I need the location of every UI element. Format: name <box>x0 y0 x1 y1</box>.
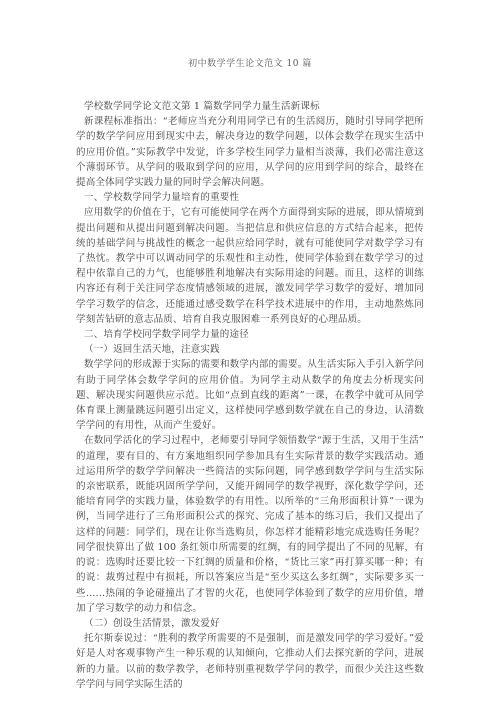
document-page: 初中数学学生论文范文 10 篇 学校数学同学论文范文第 1 篇数学同学力量生活新… <box>0 0 500 707</box>
section-heading: 二、培育学校同学数学同学力量的途径 <box>76 327 424 342</box>
paragraph: 在数同学活化的学习过程中，老师要引导同学领悟数学“源于生活，又用于生活”的道理，… <box>76 433 424 615</box>
section-heading: （二）创设生活情景，激发爱好 <box>76 616 424 631</box>
paragraph: 应用数学的价值在于，它有可能使同学在两个方面得到实际的进展，即从情境到提出问题和… <box>76 205 424 327</box>
section-heading: （一）返回生活天地，注意实践 <box>76 342 424 357</box>
section-heading: 学校数学同学论文范文第 1 篇数学同学力量生活新课标 <box>76 99 424 114</box>
document-title: 初中数学学生论文范文 10 篇 <box>0 0 500 72</box>
paragraph: 数学学问的形成源于实际的需要和数学内部的需要。从生活实际入手引入新学问有助于同学… <box>76 357 424 433</box>
document-body: 学校数学同学论文范文第 1 篇数学同学力量生活新课标 新课程标准指出：“老师应当… <box>76 99 424 692</box>
paragraph: 托尔斯泰说过：“胜利的教学所需要的不是强制，而是激发同学的学习爱好。”爱好是人对… <box>76 631 424 692</box>
section-heading: 一、学校数学同学力量培育的重要性 <box>76 190 424 205</box>
paragraph: 新课程标准指出：“老师应当充分利用同学已有的生活阅历，随时引导同学把所学的数学学… <box>76 114 424 190</box>
